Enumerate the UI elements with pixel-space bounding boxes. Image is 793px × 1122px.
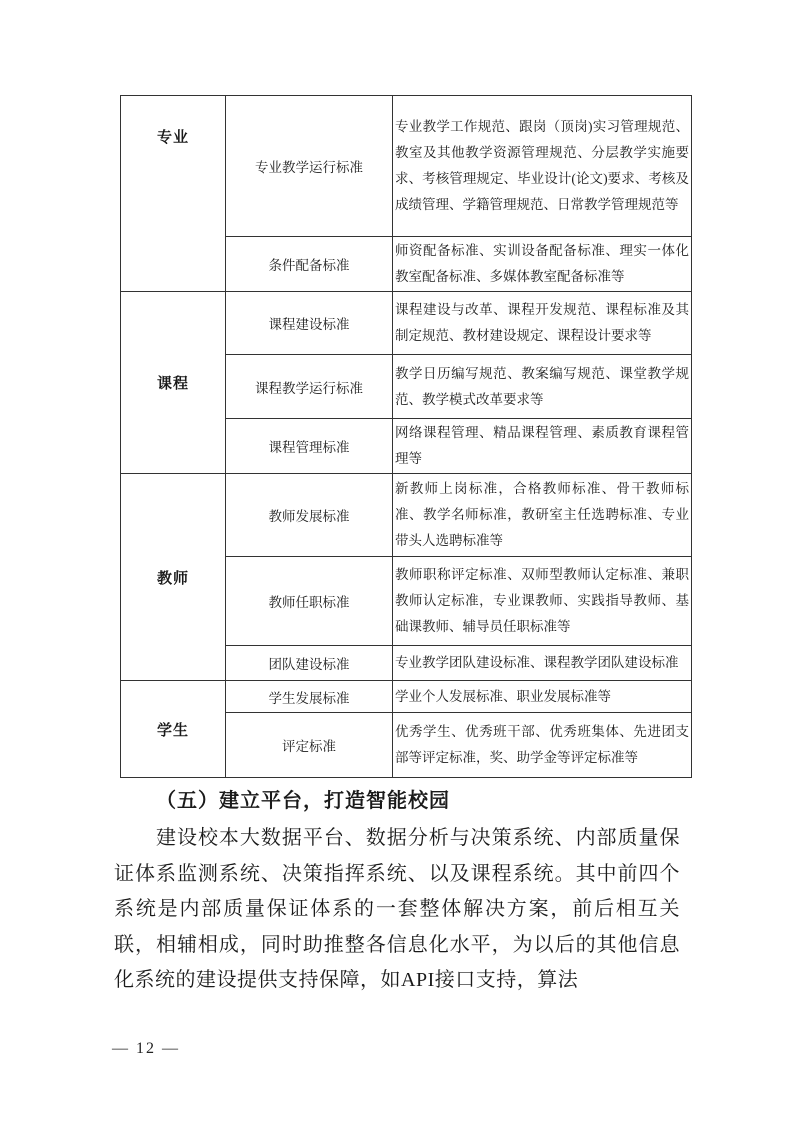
category-cell-teacher: 教师 [121,474,226,681]
table-row: 专业 专业教学运行标准 专业教学工作规范、跟岗（顶岗)实习管理规范、教室及其他教… [121,96,692,237]
standard-content: 教师职称评定标准、双师型教师认定标准、兼职教师认定标准，专业课教师、实践指导教师… [395,567,689,634]
standard-content: 课程建设与改革、课程开发规范、课程标准及其制定规范、教材建设规定、课程设计要求等 [395,302,689,343]
category-cell-course: 课程 [121,292,226,474]
table-row: 学生 学生发展标准 学业个人发展标准、职业发展标准等 [121,681,692,713]
standard-content-cell: 学业个人发展标准、职业发展标准等 [393,681,692,713]
standard-content-cell: 优秀学生、优秀班干部、优秀班集体、先进团支部等评定标准，奖、助学金等评定标准等 [393,713,692,778]
standard-content-cell: 教师职称评定标准、双师型教师认定标准、兼职教师认定标准，专业课教师、实践指导教师… [393,557,692,646]
section-heading: （五）建立平台，打造智能校园 [156,784,450,813]
standard-content: 师资配备标准、实训设备配备标准、理实一体化教室配备标准、多媒体教室配备标准等 [395,243,689,284]
standard-content-cell: 课程建设与改革、课程开发规范、课程标准及其制定规范、教材建设规定、课程设计要求等 [393,292,692,355]
standard-content-cell: 教学日历编写规范、教案编写规范、课堂教学规范、教学模式改革要求等 [393,355,692,419]
standard-name: 学生发展标准 [269,691,350,706]
standard-content: 专业教学工作规范、跟岗（顶岗)实习管理规范、教室及其他教学资源管理规范、分层教学… [395,119,689,212]
page-number: — 12 — [112,1040,180,1058]
standard-content-cell: 专业教学工作规范、跟岗（顶岗)实习管理规范、教室及其他教学资源管理规范、分层教学… [393,96,692,237]
category-label: 课程 [157,376,189,392]
standard-name: 教师发展标准 [269,509,350,524]
standard-name-cell: 课程建设标准 [226,292,393,355]
standard-content: 网络课程管理、精品课程管理、素质教育课程管理等 [395,425,689,466]
standard-name-cell: 教师发展标准 [226,474,393,557]
standard-name-cell: 课程教学运行标准 [226,355,393,419]
standard-name: 课程建设标准 [269,317,350,332]
standard-content-cell: 师资配备标准、实训设备配备标准、理实一体化教室配备标准、多媒体教室配备标准等 [393,237,692,292]
category-label: 学生 [157,723,189,739]
standard-name: 课程教学运行标准 [255,381,363,396]
standard-content: 教学日历编写规范、教案编写规范、课堂教学规范、教学模式改革要求等 [395,366,689,407]
table-row: 教师 教师发展标准 新教师上岗标准，合格教师标准、骨干教师标准、教学名师标准，教… [121,474,692,557]
table-row: 课程 课程建设标准 课程建设与改革、课程开发规范、课程标准及其制定规范、教材建设… [121,292,692,355]
standard-name-cell: 团队建设标准 [226,646,393,681]
standard-name-cell: 专业教学运行标准 [226,96,393,237]
standard-name: 专业教学运行标准 [255,160,363,175]
standard-content: 优秀学生、优秀班干部、优秀班集体、先进团支部等评定标准，奖、助学金等评定标准等 [395,724,689,765]
standard-name: 教师任职标准 [269,595,350,610]
standard-name-cell: 条件配备标准 [226,237,393,292]
standard-content-cell: 专业教学团队建设标准、课程教学团队建设标准 [393,646,692,681]
standard-content: 新教师上岗标准，合格教师标准、骨干教师标准、教学名师标准，教研室主任选聘标准、专… [395,481,689,548]
standard-content: 学业个人发展标准、职业发展标准等 [395,689,611,704]
category-label: 专业 [157,130,189,146]
category-cell-major: 专业 [121,96,226,292]
standard-name-cell: 教师任职标准 [226,557,393,646]
category-cell-student: 学生 [121,681,226,778]
standard-name-cell: 课程管理标准 [226,419,393,474]
standard-name: 评定标准 [282,739,336,754]
standard-name: 条件配备标准 [269,258,350,273]
standards-table: 专业 专业教学运行标准 专业教学工作规范、跟岗（顶岗)实习管理规范、教室及其他教… [120,95,692,778]
standard-content-cell: 新教师上岗标准，合格教师标准、骨干教师标准、教学名师标准，教研室主任选聘标准、专… [393,474,692,557]
standard-name: 团队建设标准 [269,657,350,672]
body-paragraph: 建设校本大数据平台、数据分析与决策系统、内部质量保证体系监测系统、决策指挥系统、… [114,821,680,999]
standard-content-cell: 网络课程管理、精品课程管理、素质教育课程管理等 [393,419,692,474]
document-page: 专业 专业教学运行标准 专业教学工作规范、跟岗（顶岗)实习管理规范、教室及其他教… [0,0,793,1122]
category-label: 教师 [157,571,189,587]
standard-name-cell: 评定标准 [226,713,393,778]
standard-name-cell: 学生发展标准 [226,681,393,713]
standard-content: 专业教学团队建设标准、课程教学团队建设标准 [395,655,679,670]
standard-name: 课程管理标准 [269,440,350,455]
